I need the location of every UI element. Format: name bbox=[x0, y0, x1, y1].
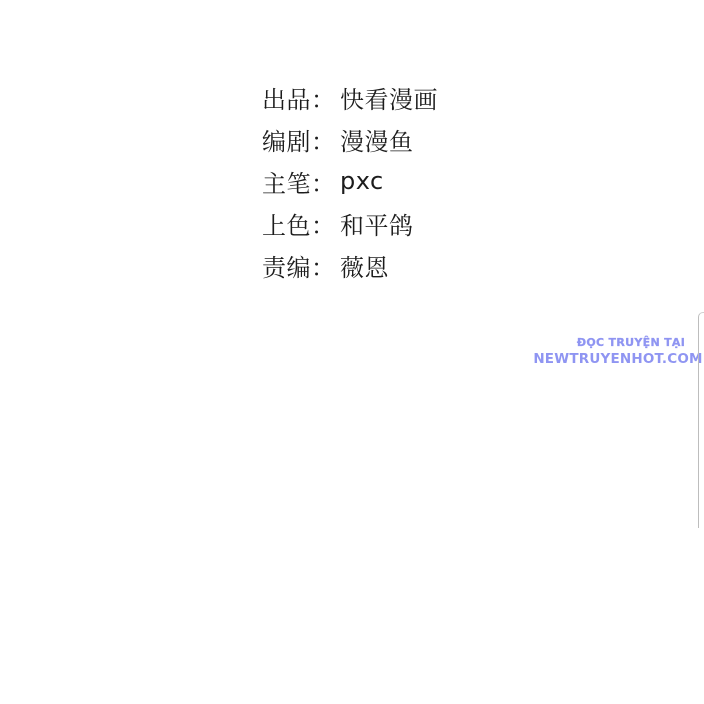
side-panel-edge bbox=[698, 312, 704, 528]
credit-row-lead-artist: 主笔： pxc bbox=[262, 160, 438, 202]
credit-label: 上色： bbox=[262, 206, 340, 241]
credit-row-writer: 编剧： 漫漫鱼 bbox=[262, 118, 438, 160]
credit-row-colorist: 上色： 和平鸽 bbox=[262, 202, 438, 244]
credit-value: 快看漫画 bbox=[340, 80, 438, 115]
credit-label: 出品： bbox=[262, 80, 340, 115]
credit-value: 漫漫鱼 bbox=[340, 122, 414, 157]
watermark-line1: ĐỌC TRUYỆN TẠI bbox=[520, 336, 704, 350]
credit-label: 主笔： bbox=[262, 164, 340, 199]
credit-value: 和平鸽 bbox=[340, 206, 414, 241]
credit-value: 薇恩 bbox=[340, 248, 389, 283]
credit-row-editor: 责编： 薇恩 bbox=[262, 244, 438, 286]
credit-label: 编剧： bbox=[262, 122, 340, 157]
watermark: ĐỌC TRUYỆN TẠI NEWTRUYENHOT.COM bbox=[520, 336, 704, 368]
credit-value: pxc bbox=[340, 167, 384, 195]
credit-label: 责编： bbox=[262, 248, 340, 283]
watermark-site: NEWTRUYENHOT.COM bbox=[520, 350, 704, 368]
credits-list: 出品： 快看漫画 编剧： 漫漫鱼 主笔： pxc 上色： 和平鸽 责编： 薇恩 bbox=[262, 76, 438, 286]
credit-row-producer: 出品： 快看漫画 bbox=[262, 76, 438, 118]
